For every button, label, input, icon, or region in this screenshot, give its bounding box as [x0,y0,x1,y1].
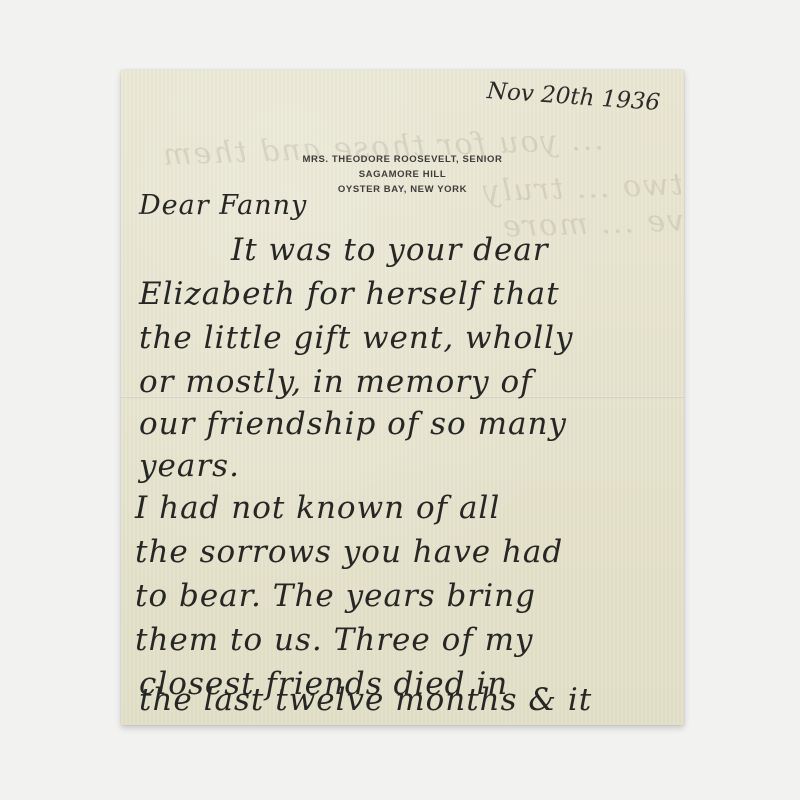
body-line: them to us. Three of my [135,622,533,658]
body-line: to bear. The years bring [135,578,536,614]
salutation: Dear Fanny [139,190,307,221]
body-line: I had not known of all [135,490,500,526]
body-line: Elizabeth for herself that [139,276,560,312]
letterhead-name: MRS. THEODORE ROOSEVELT, SENIOR [121,152,684,167]
body-line: the little gift went, wholly [139,320,574,356]
body-line: our friendship of so many [139,406,567,442]
body-line: the sorrows you have had [135,534,563,570]
body-line: It was to your dear [231,232,549,268]
body-line: years. [139,448,240,484]
letter-date: Nov 20th 1936 [486,78,661,116]
body-line: the last twelve months & it [139,682,592,718]
letterhead-estate: SAGAMORE HILL [121,167,684,182]
letter-paper: ... you for those and them ... two ... t… [121,70,684,725]
body-line: or mostly, in memory of [139,364,533,400]
